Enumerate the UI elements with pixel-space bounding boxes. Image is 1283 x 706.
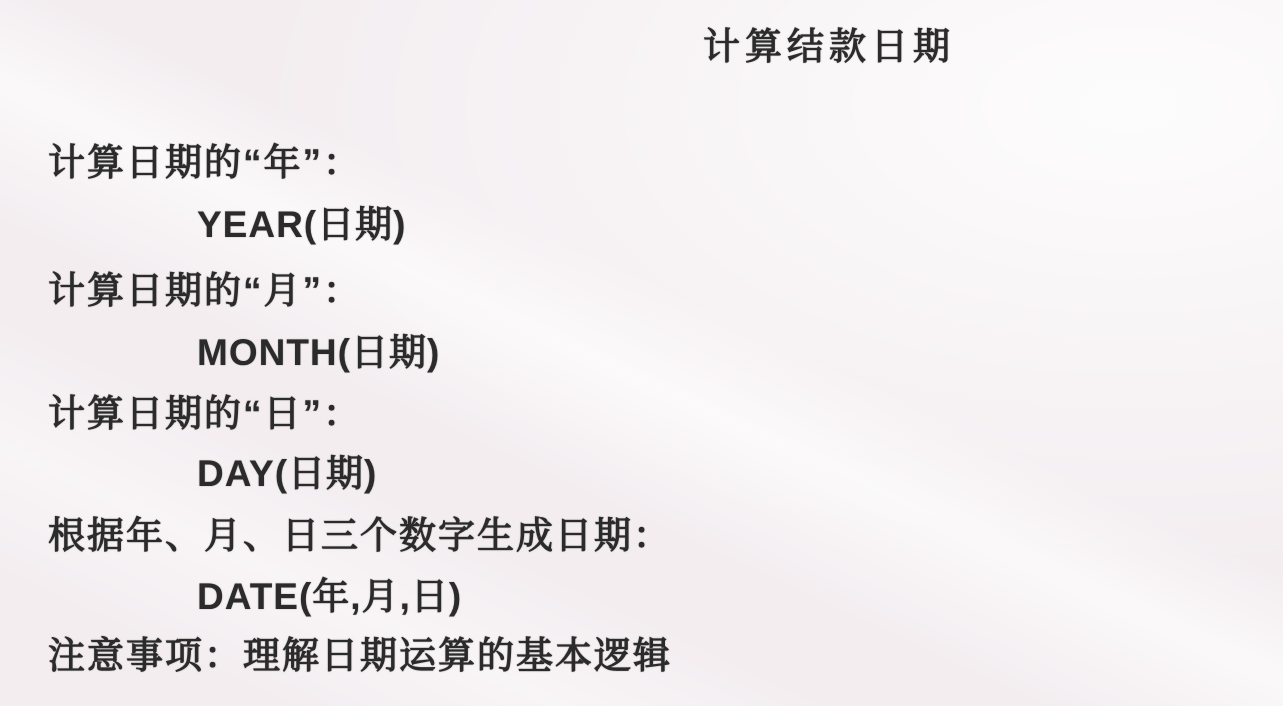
slide-page: 计算结款日期 计算日期的“年”： YEAR(日期) 计算日期的“月”： MONT… — [0, 0, 1283, 706]
month-label: 计算日期的“月”： — [48, 269, 362, 313]
note-line: 注意事项：理解日期运算的基本逻辑 — [48, 634, 672, 678]
date-label: 根据年、月、日三个数字生成日期： — [48, 514, 672, 558]
page-title: 计算结款日期 — [703, 16, 955, 70]
month-formula: MONTH(日期) — [197, 331, 440, 375]
year-label: 计算日期的“年”： — [48, 141, 362, 185]
day-label: 计算日期的“日”： — [48, 392, 362, 436]
day-formula: DAY(日期) — [197, 452, 377, 496]
year-formula: YEAR(日期) — [197, 203, 406, 247]
date-formula: DATE(年,月,日) — [197, 575, 462, 619]
